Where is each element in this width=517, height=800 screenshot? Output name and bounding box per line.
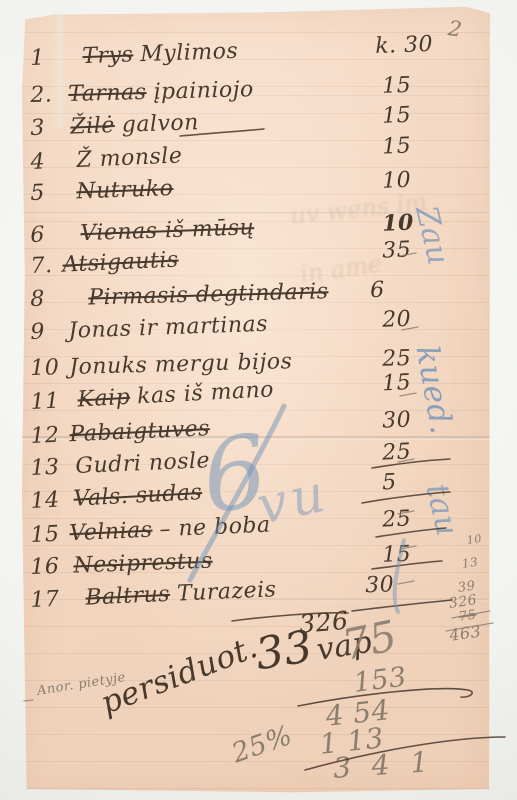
item-title-struck: Pabaigtuves [69, 416, 210, 447]
item-title-struck: Tarnas [68, 80, 147, 107]
item-value: 5 [382, 470, 398, 496]
item-title-struck: Trys [82, 42, 134, 69]
item-title-struck: Pirmasis degtindaris [88, 279, 329, 310]
item-number: 12 [30, 423, 60, 449]
item-value: 15 [382, 370, 412, 396]
item-title: Gudri nosle [75, 448, 211, 479]
scanned-document: uv wens im in ame 2 1TrysMylimos k. 30 2… [0, 0, 517, 800]
side-col-13: 13 [461, 555, 479, 571]
item-value: 35 [382, 237, 412, 263]
item-title-struck: Kaip [77, 385, 131, 413]
item-number: 11 [30, 388, 60, 414]
item-title: Jonuks mergu bijos [69, 349, 293, 380]
item-value: 15 [382, 133, 412, 159]
item-number: 8 [30, 286, 55, 312]
item-value: 15 [382, 73, 412, 99]
item-number: 15 [30, 522, 60, 548]
item-value: 15 [382, 103, 412, 129]
sum-341: 3 4 1 [332, 745, 435, 785]
item-number: 10 [30, 355, 60, 381]
item-title: Mylimos [140, 39, 239, 67]
item-value: 30 [382, 407, 412, 433]
item-number: 7. [30, 253, 55, 279]
item-title: galvon [121, 110, 199, 138]
item-title-struck: Vienas iš mūsų [80, 215, 255, 246]
item-title: Ž monsle [76, 143, 183, 173]
item-value: k. 30 [375, 32, 434, 59]
item-value: 10 [382, 168, 412, 194]
item-title-struck: Velnias [69, 518, 153, 547]
item-title: Turazeis [177, 577, 277, 606]
item-number: 2. [30, 82, 55, 108]
item-value: 6 [370, 278, 385, 303]
item-value: 20 [382, 307, 412, 333]
item-number: 3 [30, 115, 55, 141]
item-number: 9 [30, 319, 55, 345]
item-number: 5 [30, 180, 55, 206]
item-title-struck: Vals. sudas [73, 480, 203, 512]
item-number: 13 [30, 455, 60, 481]
count-number: 33 [252, 621, 316, 680]
item-number: 16 [30, 554, 60, 580]
item-title-struck: Nesiprestus [73, 549, 213, 579]
item-value: 25 [382, 346, 412, 372]
item-title-struck: Nutruko [76, 176, 174, 204]
item-title: įpainiojo [153, 77, 254, 105]
item-title-struck: Baltrus [85, 582, 171, 611]
item-number: 14 [30, 487, 60, 513]
item-title-struck: Žilė [70, 113, 115, 140]
item-number: 1 [30, 45, 55, 71]
item-value: 25 [382, 439, 412, 465]
item-number: 17 [30, 587, 60, 613]
item-number: 6 [30, 222, 55, 248]
item-value: 30 [365, 572, 395, 598]
item-value: 25 [382, 506, 412, 532]
item-title-struck: Atsigautis [62, 248, 179, 278]
item-number: 4 [30, 149, 55, 175]
item-value: 15 [382, 542, 412, 568]
